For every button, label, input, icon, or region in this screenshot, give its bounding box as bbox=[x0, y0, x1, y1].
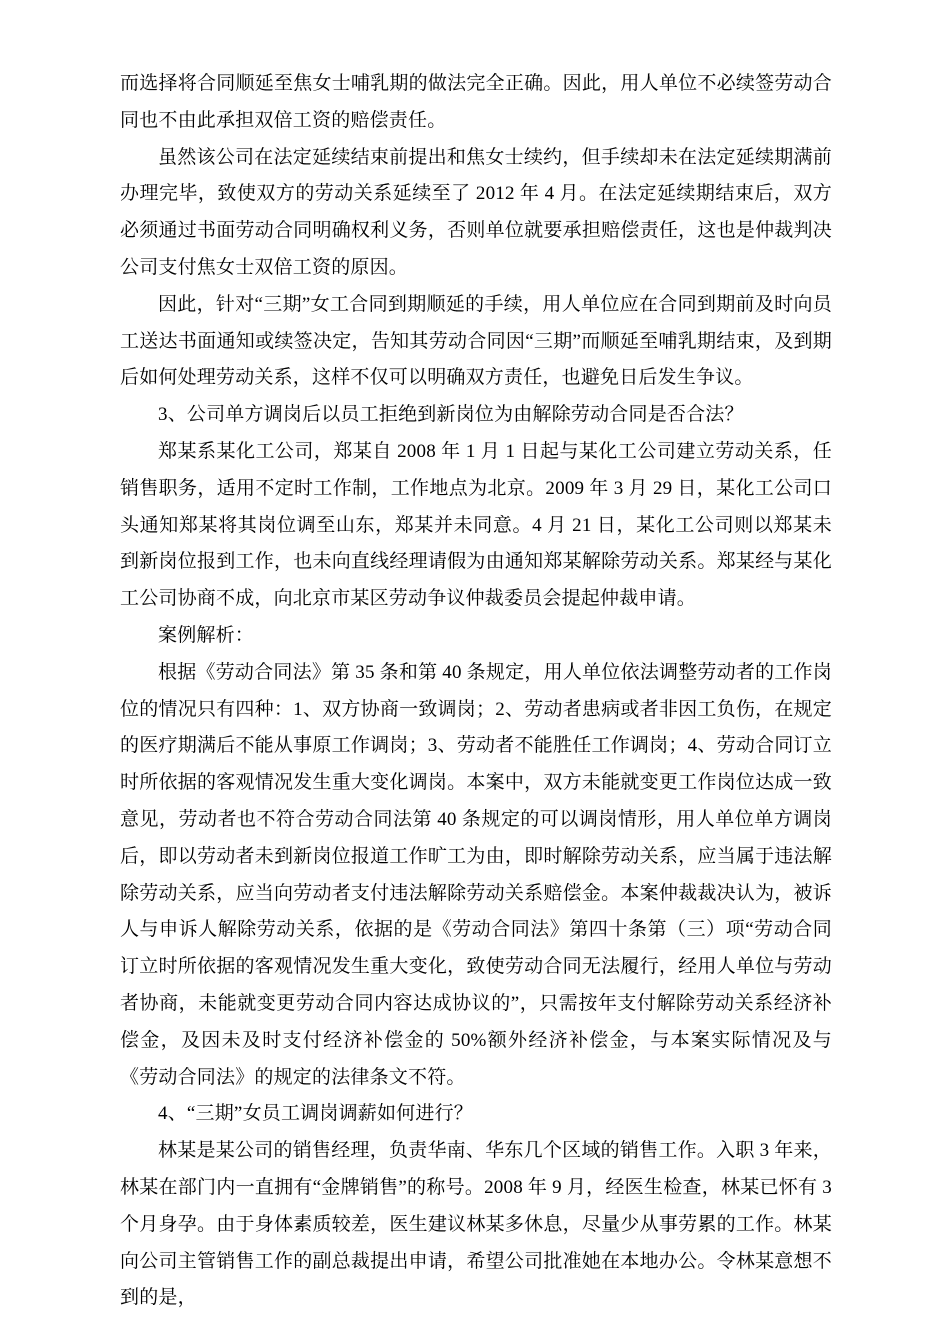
paragraph-three-period-procedure: 因此，针对“三期”女工合同到期顺延的手续，用人单位应在合同到期前及时向员工送达书… bbox=[120, 287, 832, 397]
paragraph-continuation: 而选择将合同顺延至焦女士哺乳期的做法完全正确。因此，用人单位不必续签劳动合同也不… bbox=[120, 66, 832, 140]
document-page: 而选择将合同顺延至焦女士哺乳期的做法完全正确。因此，用人单位不必续签劳动合同也不… bbox=[0, 0, 950, 1344]
question-heading-4: 4、“三期”女员工调岗调薪如何进行？ bbox=[120, 1096, 832, 1133]
paragraph-case-analysis: 根据《劳动合同法》第 35 条和第 40 条规定，用人单位依法调整劳动者的工作岗… bbox=[120, 655, 832, 1097]
paragraph-case-facts-zheng: 郑某系某化工公司，郑某自 2008 年 1 月 1 日起与某化工公司建立劳动关系… bbox=[120, 434, 832, 618]
section-label-case-analysis: 案例解析： bbox=[120, 618, 832, 655]
paragraph-case-facts-lin: 林某是某公司的销售经理，负责华南、华东几个区域的销售工作。入职 3 年来，林某在… bbox=[120, 1133, 832, 1317]
paragraph-legal-extension: 虽然该公司在法定延续结束前提出和焦女士续约，但手续却未在法定延续期满前办理完毕，… bbox=[120, 140, 832, 287]
question-heading-3: 3、公司单方调岗后以员工拒绝到新岗位为由解除劳动合同是否合法？ bbox=[120, 397, 832, 434]
